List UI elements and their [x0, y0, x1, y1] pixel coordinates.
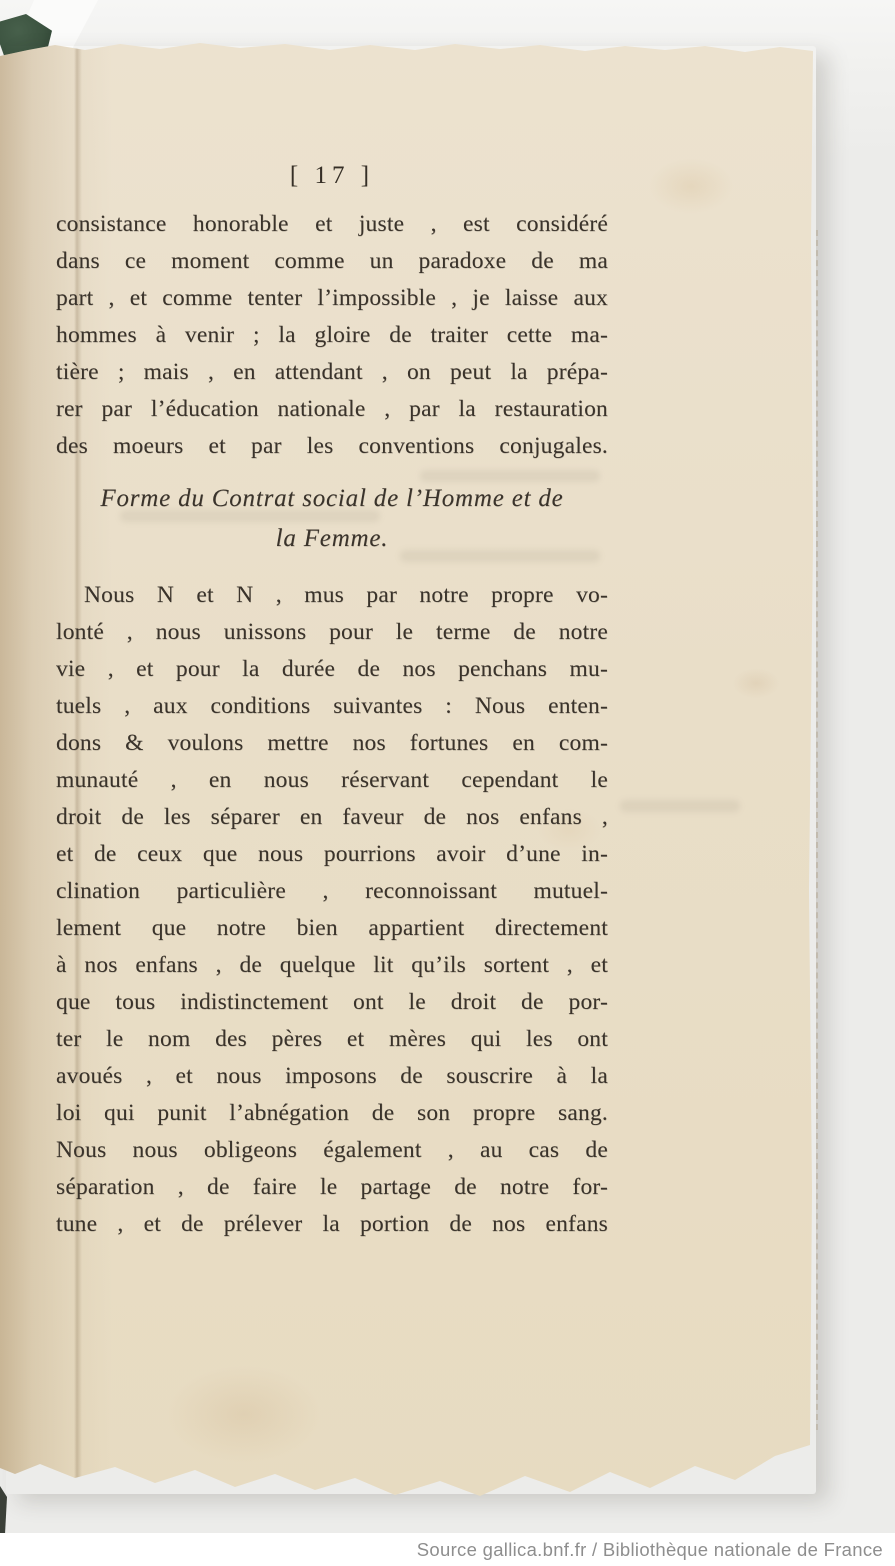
text-line: dans ce moment comme un paradoxe de ma: [56, 243, 608, 280]
text-line: que tous indistinctement ont le droit de…: [56, 984, 608, 1021]
text-line: lonté , nous unissons pour le terme de n…: [56, 614, 608, 651]
text-line: tune , et de prélever la portion de nos …: [56, 1206, 608, 1243]
paragraph-continuation: consistance honorable et juste , est con…: [56, 206, 608, 465]
text-block: [ 17 ] consistance honorable et juste , …: [56, 162, 608, 1243]
source-attribution: Source gallica.bnf.fr / Bibliothèque nat…: [0, 1533, 895, 1566]
text-line: et de ceux que nous pourrions avoir d’un…: [56, 836, 608, 873]
binding-edge: [0, 1486, 7, 1536]
text-line: rer par l’éducation nationale , par la r…: [56, 391, 608, 428]
text-line: loi qui punit l’abnégation de son propre…: [56, 1095, 608, 1132]
text-line: consistance honorable et juste , est con…: [56, 206, 608, 243]
verso-bleed: [620, 800, 740, 812]
text-line: ter le nom des pères et mères qui les on…: [56, 1021, 608, 1058]
text-line: clination particulière , reconnoissant m…: [56, 873, 608, 910]
text-line: séparation , de faire le partage de notr…: [56, 1169, 608, 1206]
text-line: dons & voulons mettre nos fortunes en co…: [56, 725, 608, 762]
contract-paragraph: Nous N et N , mus par notre propre vo-lo…: [56, 577, 608, 1243]
text-line: tuels , aux conditions suivantes : Nous …: [56, 688, 608, 725]
text-line: vie , et pour la durée de nos penchans m…: [56, 651, 608, 688]
text-line: avoués , et nous imposons de souscrire à…: [56, 1058, 608, 1095]
text-line: Nous N et N , mus par notre propre vo-: [56, 577, 608, 614]
text-line: tière ; mais , en attendant , on peut la…: [56, 354, 608, 391]
text-line: à nos enfans , de quelque lit qu’ils sor…: [56, 947, 608, 984]
page-number: [ 17 ]: [56, 162, 608, 190]
text-line: lement que notre bien appartient directe…: [56, 910, 608, 947]
verso-bleed: [400, 550, 600, 562]
scan-viewport: { "document": { "page_number_display": "…: [0, 0, 895, 1566]
text-line: hommes à venir ; la gloire de traiter ce…: [56, 317, 608, 354]
text-line: droit de les séparer en faveur de nos en…: [56, 799, 608, 836]
verso-bleed: [120, 510, 380, 522]
book-page: [ 17 ] consistance honorable et juste , …: [0, 40, 813, 1502]
source-attribution-bar: Source gallica.bnf.fr / Bibliothèque nat…: [0, 1533, 895, 1566]
page-stack-edge: [816, 230, 818, 1430]
text-line: munauté , en nous réservant cependant le: [56, 762, 608, 799]
text-line: Nous nous obligeons également , au cas d…: [56, 1132, 608, 1169]
text-line: part , et comme tenter l’impossible , je…: [56, 280, 608, 317]
text-line: des moeurs et par les conventions conjug…: [56, 428, 608, 465]
verso-bleed: [420, 470, 600, 482]
